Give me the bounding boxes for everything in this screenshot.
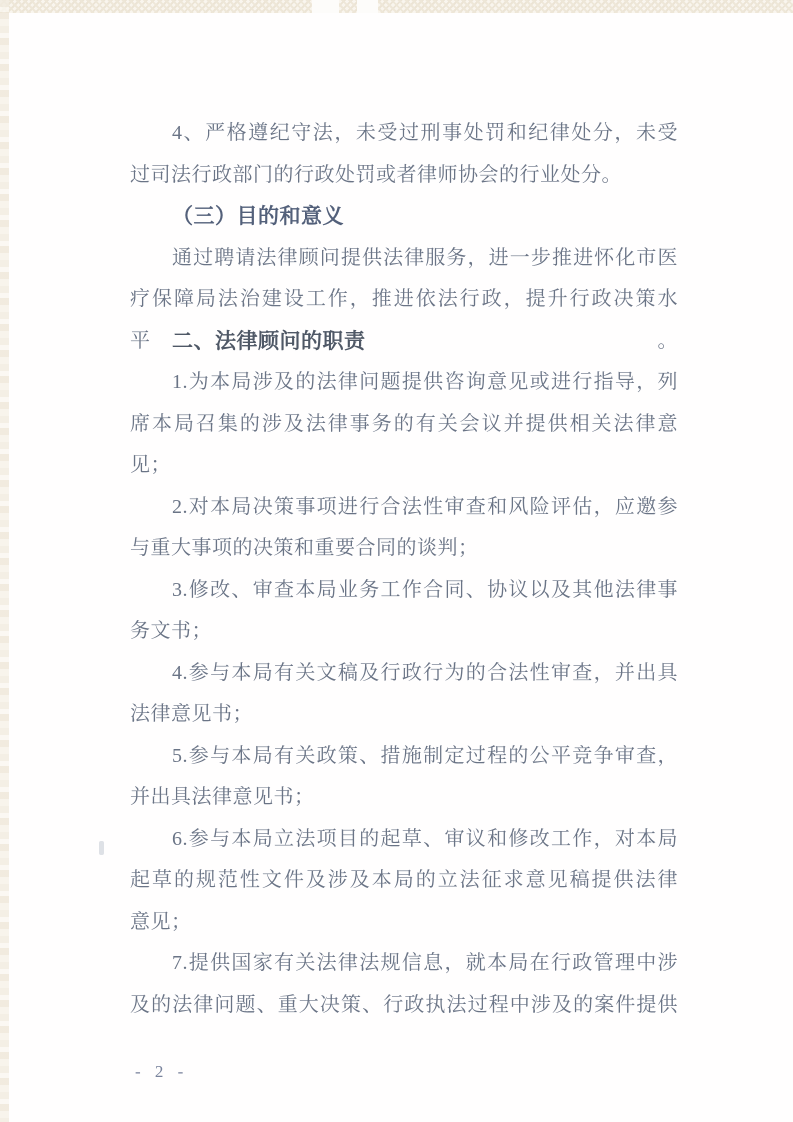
scan-edge-notch bbox=[312, 0, 339, 13]
doc-line: 1.为本局涉及的法律问题提供咨询意见或进行指导，列 bbox=[130, 362, 678, 404]
doc-line: 见； bbox=[130, 445, 678, 487]
doc-line: 疗保障局法治建设工作，推进依法行政，提升行政决策水平。 bbox=[130, 279, 678, 321]
doc-line: 与重大事项的决策和重要合同的谈判； bbox=[130, 528, 678, 570]
doc-line: 6.参与本局立法项目的起草、审议和修改工作，对本局 bbox=[130, 819, 678, 861]
scan-artifact-smudge bbox=[99, 841, 104, 855]
doc-line: 4、严格遵纪守法，未受过刑事处罚和纪律处分，未受 bbox=[130, 113, 678, 155]
doc-line: 并出具法律意见书； bbox=[130, 777, 678, 819]
scan-edge-texture-left bbox=[0, 0, 9, 1122]
doc-line: 起草的规范性文件及涉及本局的立法征求意见稿提供法律 bbox=[130, 860, 678, 902]
document-body: 4、严格遵纪守法，未受过刑事处罚和纪律处分，未受 过司法行政部门的行政处罚或者律… bbox=[130, 113, 678, 1026]
doc-line: 席本局召集的涉及法律事务的有关会议并提供相关法律意 bbox=[130, 404, 678, 446]
section-heading-objective: （三）目的和意义 bbox=[130, 196, 678, 238]
page-number: - 2 - bbox=[135, 1052, 188, 1092]
scanned-document-page: 4、严格遵纪守法，未受过刑事处罚和纪律处分，未受 过司法行政部门的行政处罚或者律… bbox=[0, 0, 793, 1122]
doc-line: 及的法律问题、重大决策、行政执法过程中涉及的案件提供 bbox=[130, 985, 678, 1027]
doc-line: 5.参与本局有关政策、措施制定过程的公平竞争审查， bbox=[130, 736, 678, 778]
doc-line: 通过聘请法律顾问提供法律服务，进一步推进怀化市医 bbox=[130, 238, 678, 280]
doc-line: 4.参与本局有关文稿及行政行为的合法性审查，并出具 bbox=[130, 653, 678, 695]
scan-edge-texture-top bbox=[0, 0, 793, 13]
doc-line: 务文书； bbox=[130, 611, 678, 653]
doc-line: 意见； bbox=[130, 902, 678, 944]
doc-line: 7.提供国家有关法律法规信息，就本局在行政管理中涉 bbox=[130, 943, 678, 985]
scan-edge-notch bbox=[357, 0, 378, 13]
doc-line: 3.修改、审查本局业务工作合同、协议以及其他法律事 bbox=[130, 570, 678, 612]
doc-line: 2.对本局决策事项进行合法性审查和风险评估，应邀参 bbox=[130, 487, 678, 529]
doc-line: 法律意见书； bbox=[130, 694, 678, 736]
doc-line: 过司法行政部门的行政处罚或者律师协会的行业处分。 bbox=[130, 155, 678, 197]
